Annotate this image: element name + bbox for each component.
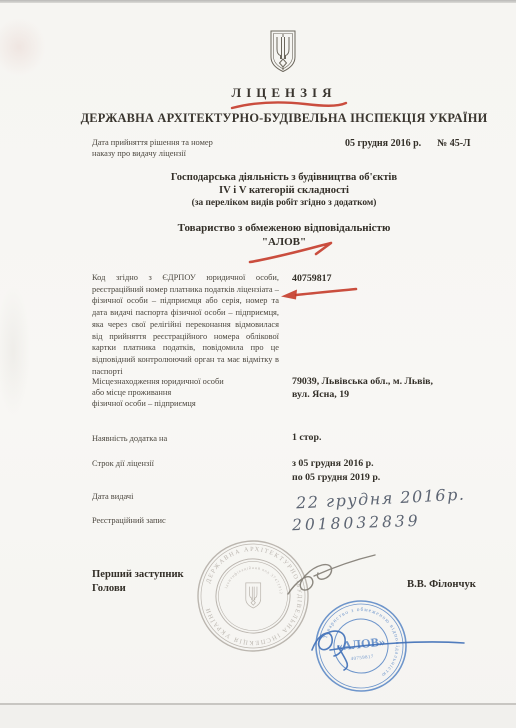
issuing-authority: ДЕРЖАВНА АРХІТЕКТУРНО-БУДІВЕЛЬНА ІНСПЕКЦ…: [40, 111, 516, 126]
issue-date-label: Дата видачі: [92, 492, 133, 503]
activity-line-2: IV і V категорій складності: [56, 184, 512, 197]
address-value: 79039, Львівська обл., м. Львів, вул. Яс…: [292, 375, 433, 401]
scan-artifact: [0, 286, 30, 416]
decision-date: 05 грудня 2016 р.: [345, 138, 421, 149]
edrpou-code-value: 40759817: [292, 273, 332, 284]
decision-date-value: 05 грудня 2016 р.№ 45-Л: [345, 138, 470, 149]
red-arrow-annotation-code: [276, 284, 362, 300]
issue-date-handwritten: 22 грудня 2016р.: [296, 485, 466, 513]
attachment-value: 1 стор.: [292, 432, 321, 443]
activity-line-3: (за переліком видів робіт згідно з додат…: [56, 197, 512, 210]
signer-position: Перший заступник Голови: [92, 568, 184, 596]
decision-date-label: Дата прийняття рішення та номер наказу п…: [92, 138, 267, 159]
ukraine-trident-emblem-icon: [266, 28, 300, 74]
scan-artifact: [0, 18, 46, 76]
licensee-org-type: Товариство з обмеженою відповідальністю: [56, 222, 512, 236]
signer-name: В.В. Філончук: [407, 579, 476, 590]
attachment-label: Наявність додатка на: [92, 434, 167, 445]
scan-top-edge: [0, 0, 516, 3]
licensed-activity: Господарська діяльність з будівництва об…: [56, 171, 512, 210]
edrpou-code-label: Код згідно з ЄДРПОУ юридичної особи, реє…: [92, 272, 279, 377]
red-arrow-annotation-licensee: [243, 238, 343, 266]
license-document-scan: ЛІЦЕНЗІЯ ДЕРЖАВНА АРХІТЕКТУРНО-БУДІВЕЛЬН…: [0, 0, 516, 728]
scan-bottom-margin: [0, 705, 516, 728]
validity-label: Строк дії ліцензії: [92, 459, 154, 470]
license-number: № 45-Л: [437, 138, 470, 149]
registration-record-label: Реєстраційний запис: [92, 516, 166, 527]
company-signature: [300, 616, 472, 672]
registration-record-handwritten: 2018032839: [292, 512, 421, 534]
address-label: Місцезнаходження юридичної особи або міс…: [92, 376, 277, 409]
validity-value: з 05 грудня 2016 р. по 05 грудня 2019 р.: [292, 457, 380, 485]
inspection-stamp-trident-icon: [246, 583, 261, 608]
activity-line-1: Господарська діяльність з будівництва об…: [56, 171, 512, 184]
